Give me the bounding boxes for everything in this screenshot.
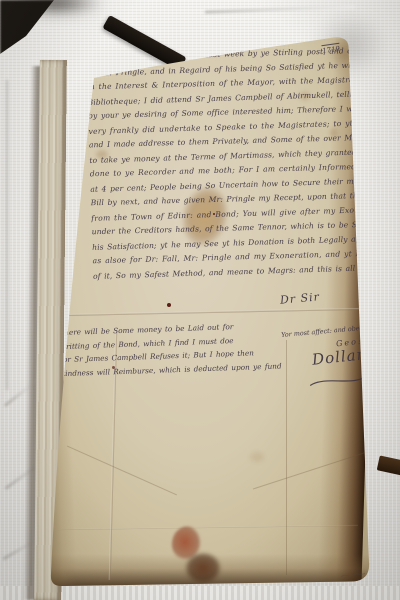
- letter-body: I Received yours Last week by ye Stirlin…: [86, 43, 376, 298]
- fold-crease: [286, 340, 287, 575]
- cloth-fold: [6, 80, 10, 390]
- foxing-spot: [250, 452, 264, 462]
- seal-stain: [180, 548, 226, 588]
- photo-scene: Dr: Sir Edint: Novemr: 9th —— 1719 I Rec…: [0, 0, 400, 600]
- ink-spot: [167, 303, 171, 307]
- letter-postscript: There will be Some money to be Laid out …: [59, 318, 299, 381]
